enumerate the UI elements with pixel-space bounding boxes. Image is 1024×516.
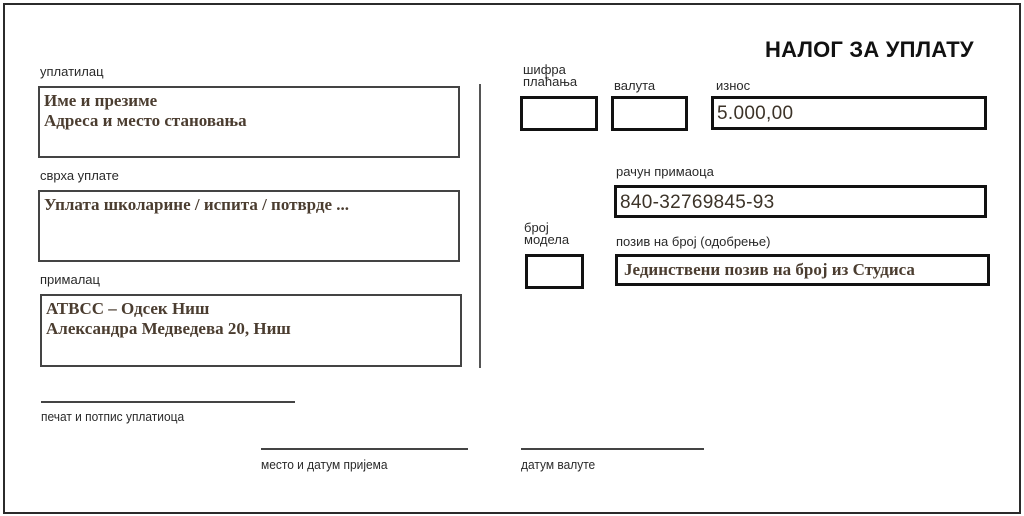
value-date-label: датум валуте [521,457,595,472]
reference-number-value: Јединствени позив на број из Студиса [618,257,987,280]
model-number-field[interactable] [525,254,584,289]
currency-field[interactable] [611,96,688,131]
recipient-label: прималац [40,273,100,286]
value-date-line [521,448,704,450]
currency-value [614,99,685,102]
amount-value: 5.000,00 [714,99,984,126]
purpose-value: Уплата школарине / испита / потврде ... [40,192,458,215]
currency-label: валута [614,79,655,92]
column-divider [479,84,481,368]
signature-label: печат и потпис уплатиоца [41,409,184,424]
purpose-field[interactable]: Уплата школарине / испита / потврде ... [38,190,460,262]
reference-number-label: позив на број (одобрење) [616,235,770,248]
purpose-label: сврха уплате [40,169,119,182]
place-date-received-line [261,448,468,450]
amount-field[interactable]: 5.000,00 [711,96,987,130]
payment-code-field[interactable] [520,96,598,131]
recipient-account-value: 840-32769845-93 [617,188,984,215]
model-number-label: број модела [524,222,569,246]
payer-value: Име и презиме Адреса и место становања [40,88,458,131]
payer-field[interactable]: Име и презиме Адреса и место становања [38,86,460,158]
recipient-account-label: рачун примаоца [616,165,714,178]
payment-code-value [523,99,595,102]
amount-label: износ [716,79,750,92]
reference-number-field[interactable]: Јединствени позив на број из Студиса [615,254,990,286]
signature-line [41,401,295,403]
place-date-received-label: место и датум пријема [261,457,388,472]
payment-code-label: шифра плаћања [523,64,577,88]
model-number-value [528,257,581,260]
recipient-value: АТВСС – Одсек Ниш Александра Медведева 2… [42,296,460,339]
form-title: НАЛОГ ЗА УПЛАТУ [765,37,974,63]
recipient-account-field[interactable]: 840-32769845-93 [614,185,987,218]
payer-label: уплатилац [40,65,104,78]
recipient-field[interactable]: АТВСС – Одсек Ниш Александра Медведева 2… [40,294,462,367]
